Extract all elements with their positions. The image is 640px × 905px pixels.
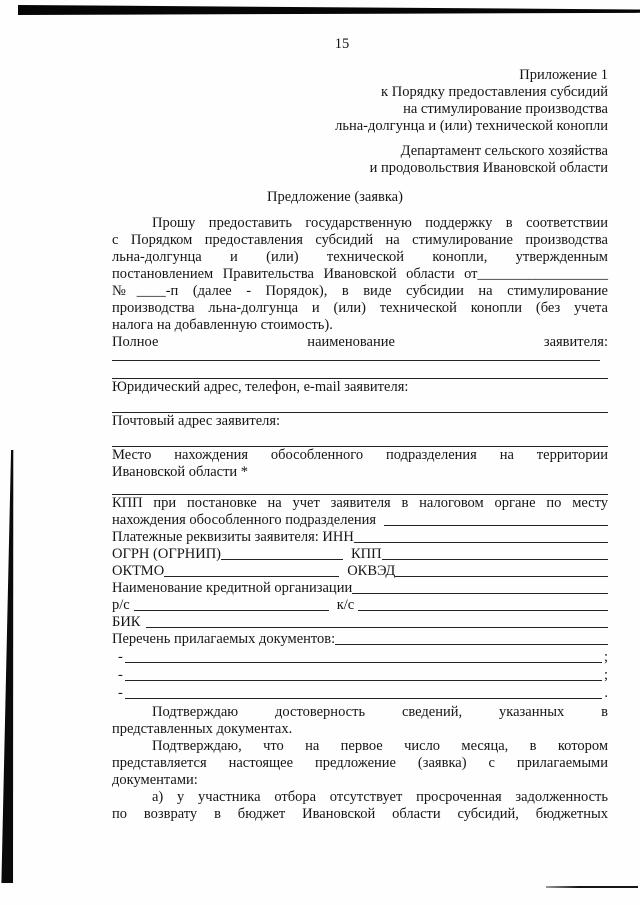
list-dash: - — [112, 649, 125, 666]
blank-field — [125, 668, 602, 681]
scan-artifact-left-edge — [0, 450, 14, 883]
blank-line — [112, 481, 608, 495]
confirm-first-day-paragraph: Подтверждаю, что на первое число месяца,… — [112, 738, 608, 789]
bik-field: БИК — [112, 614, 608, 631]
scanned-document-page: 15 Приложение 1к Порядку предоставления … — [0, 0, 640, 905]
ogrn-label: ОГРН (ОГРНИП) — [112, 546, 221, 563]
text-line: Место нахождения обособленного подраздел… — [112, 447, 608, 464]
blank-field — [134, 598, 329, 611]
legal-address-label: Юридический адрес, телефон, e-mail заяви… — [112, 379, 608, 396]
text-line: №____-п (далее - Порядок), в виде субсид… — [112, 283, 608, 300]
blank-field — [221, 547, 343, 560]
text-line: Приложение 1 — [112, 67, 608, 84]
list-dash: - — [112, 685, 125, 702]
blank-field — [125, 650, 602, 663]
text-line: Прошу предоставить государственную подде… — [112, 215, 608, 232]
text-line: Департамент сельского хозяйства — [112, 143, 608, 160]
blank-field — [382, 547, 608, 560]
ks-label: к/с — [337, 597, 355, 614]
text-line: льна-долгунца и (или) технической конопл… — [112, 118, 608, 135]
rs-label: р/с — [112, 597, 130, 614]
intro-paragraph: Прошу предоставить государственную подде… — [112, 215, 608, 334]
documents-list-field: Перечень прилагаемых документов: — [112, 631, 608, 648]
list-dash: - — [112, 667, 125, 684]
page-number: 15 — [112, 36, 572, 53]
text-line: налога на добавленную стоимость). — [112, 317, 608, 334]
appendix-reference: Приложение 1к Порядку предоставления суб… — [112, 67, 608, 135]
confirm-accuracy-paragraph: Подтверждаю достоверность сведений, указ… — [112, 704, 608, 738]
kpp-branch-label: нахождения обособленного подразделения — [112, 512, 376, 529]
rs-ks-field: р/с к/с — [112, 597, 608, 614]
document-item-blank: - . — [112, 685, 608, 702]
text-line: КПП при постановке на учет заявителя в н… — [112, 495, 608, 512]
text-line: представленных документах. — [112, 721, 608, 738]
kpp-label: КПП — [351, 546, 382, 563]
credit-org-field: Наименование кредитной организации — [112, 580, 608, 597]
text-line: с Порядком предоставления субсидий на ст… — [112, 232, 608, 249]
document-content: 15 Приложение 1к Порядку предоставления … — [112, 0, 608, 823]
item-punctuation: ; — [602, 649, 608, 666]
text-line: льна-долгунца и (или) технической конопл… — [112, 249, 608, 266]
text-line: документами: — [112, 772, 608, 789]
blank-field — [354, 530, 608, 543]
text-line: и продовольствия Ивановской области — [112, 160, 608, 177]
item-punctuation: . — [602, 685, 608, 702]
credit-org-label: Наименование кредитной организации — [112, 580, 352, 597]
kpp-registration-paragraph: КПП при постановке на учет заявителя в н… — [112, 495, 608, 512]
kpp-branch-field: нахождения обособленного подразделения — [112, 512, 608, 529]
blank-field — [125, 686, 603, 699]
ogrn-kpp-field: ОГРН (ОГРНИП) КПП — [112, 546, 608, 563]
oktmo-okved-field: ОКТМО ОКВЭД — [112, 563, 608, 580]
postal-address-label: Почтовый адрес заявителя: — [112, 413, 608, 430]
full-name-label: Полное наименование заявителя: — [112, 334, 608, 351]
okved-label: ОКВЭД — [347, 563, 395, 580]
blank-field — [352, 581, 608, 594]
blank-field — [395, 564, 608, 577]
text-line: на стимулирование производства — [112, 101, 608, 118]
blank-field — [335, 632, 608, 645]
text-line: к Порядку предоставления субсидий — [112, 84, 608, 101]
text-line: Ивановской области * — [112, 464, 608, 481]
item-punctuation: ; — [602, 667, 608, 684]
item-a-paragraph: а) у участника отбора отсутствует просро… — [112, 789, 608, 823]
blank-field — [384, 513, 608, 526]
blank-field — [146, 615, 608, 628]
document-item-blank: - ; — [112, 649, 608, 666]
document-title: Предложение (заявка) — [112, 189, 558, 206]
text-line: Подтверждаю достоверность сведений, указ… — [112, 704, 608, 721]
branch-location-paragraph: Место нахождения обособленного подраздел… — [112, 447, 608, 481]
blank-field — [358, 598, 608, 611]
scan-artifact-bottom-line — [546, 886, 638, 888]
oktmo-label: ОКТМО — [112, 563, 164, 580]
documents-list-label: Перечень прилагаемых документов: — [112, 631, 335, 648]
blank-line — [112, 351, 600, 361]
text-line: постановлением Правительства Ивановской … — [112, 266, 608, 283]
text-line: представляется настоящее предложение (за… — [112, 755, 608, 772]
text-line: а) у участника отбора отсутствует просро… — [112, 789, 608, 806]
text-line: производства льна-долгунца и (или) техни… — [112, 300, 608, 317]
blank-field — [164, 564, 339, 577]
text-line: по возврату в бюджет Ивановской области … — [112, 806, 608, 823]
inn-field: Платежные реквизиты заявителя: ИНН — [112, 529, 608, 546]
blank-line — [112, 430, 608, 447]
blank-line — [112, 361, 608, 379]
text-line: Подтверждаю, что на первое число месяца,… — [112, 738, 608, 755]
department-reference: Департамент сельского хозяйстваи продово… — [112, 143, 608, 177]
blank-line — [112, 396, 608, 413]
document-item-blank: - ; — [112, 667, 608, 684]
payment-details-label: Платежные реквизиты заявителя: ИНН — [112, 529, 354, 546]
bik-label: БИК — [112, 614, 140, 631]
